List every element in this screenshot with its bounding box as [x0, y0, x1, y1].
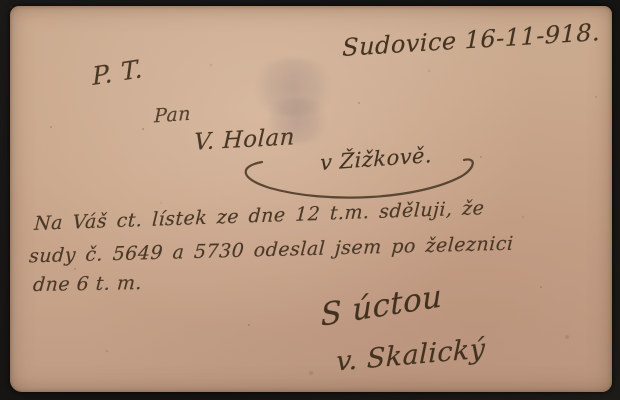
underline-flourish — [236, 150, 484, 204]
paper-foxing-specks — [10, 6, 12, 8]
scanned-postcard-image: Sudovice 16-11-918. P. T. Pan V. Holan v… — [0, 0, 620, 400]
message-line-3: dne 6 t. m. — [32, 272, 143, 296]
addressee-title: Pan — [154, 103, 191, 128]
